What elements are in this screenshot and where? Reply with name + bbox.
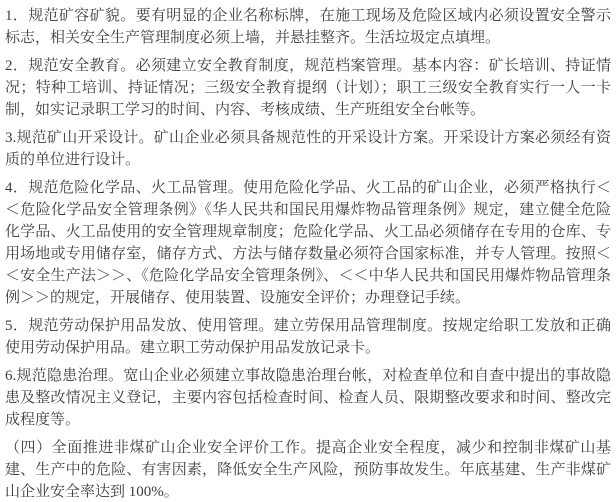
- document-body: 1．规范矿容矿貌。要有明显的企业名称标牌，在施工现场及危险区域内必须设置安全警示…: [0, 0, 616, 502]
- paragraph-5-protective-equipment: 5．规范劳动保护用品发放、使用管理。建立劳保用品管理制度。按规定给职工发放和正确…: [5, 315, 611, 359]
- paragraph-2-safety-education: 2．规范安全教育。必须建立安全教育制度，规范档案管理。基本内容：矿长培训、持证情…: [5, 55, 611, 121]
- paragraph-6-hidden-danger-management: 6.规范隐患治理。宽山企业必须建立事故隐患治理台帐，对检查单位和自查中提出的事故…: [5, 365, 611, 431]
- paragraph-3-mining-design: 3.规范矿山开采设计。矿山企业必须具备规范性的开采设计方案。开采设计方案必须经有…: [5, 127, 611, 171]
- paragraph-7-safety-evaluation: （四）全面推进非煤矿山企业安全评价工作。提高企业安全程度，减少和控制非煤矿山基建…: [5, 437, 611, 502]
- paragraph-1-mine-appearance: 1．规范矿容矿貌。要有明显的企业名称标牌，在施工现场及危险区域内必须设置安全警示…: [5, 5, 611, 49]
- paragraph-4-hazardous-chemicals: 4．规范危险化学品、火工品管理。使用危险化学品、火工品的矿山企业，必须严格执行＜…: [5, 177, 611, 309]
